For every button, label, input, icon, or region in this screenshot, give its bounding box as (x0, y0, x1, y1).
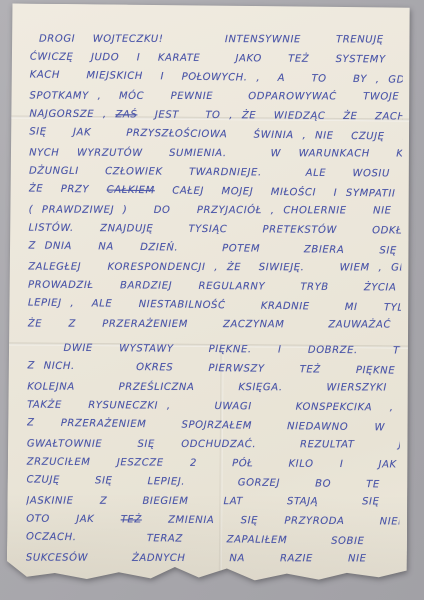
letter-text-segment: zaległej korespondencji , że siwieję. Wi… (28, 262, 401, 274)
letter-text-segment: prowadził bardziej regularny tryb życia … (28, 280, 401, 294)
letter-line: sukcesów żadnych na razie nie odnotowuję… (26, 549, 399, 569)
letter-text-segment: zrzuciłem jeszcze 2 pół kilo i jak pącze… (27, 457, 400, 472)
letter-line: Drogi Wojteczku! Intensywnie trenuję han… (30, 30, 403, 50)
letter-text-segment: że z przerażeniem zaczynam zauważać jego… (28, 319, 401, 331)
letter-text-segment: ćwiczę judo i karate jako też systemy wa… (30, 52, 403, 67)
letter-paper: Drogi Wojteczku! Intensywnie trenuję han… (7, 3, 412, 585)
letter-text-segment: z nich. Okres pierwszy też piękne i wygl… (27, 360, 400, 378)
letter-line: spotkamy , móc pewnie odparowywać twoje … (30, 87, 403, 107)
letter-text-segment: także rysuneczki , uwagi konspekcika , i… (27, 400, 400, 414)
letter-line: gwałtownie się odchudzać. Rezultat jak b… (27, 435, 400, 455)
letter-text-segment: całej mojej miłości i sympatii (155, 185, 396, 199)
letter-text-segment: oczach. Teraz zapaliłem sobie papierosik… (26, 531, 399, 548)
letter-text-segment: czuję się lepiej. Gorzej bo te cholerne (26, 474, 399, 491)
struck-out-word: całkiem (107, 185, 155, 197)
handwritten-letter-text: Drogi Wojteczku! Intensywnie trenuję han… (7, 3, 411, 569)
letter-text-segment: spotkamy , móc pewnie odparowywać twoje … (30, 91, 403, 103)
letter-paper-shadow: Drogi Wojteczku! Intensywnie trenuję han… (0, 0, 424, 600)
letter-text-segment: ( prawdziwej ) do przyjaciół , cholernie… (29, 205, 402, 217)
letter-line: że z przerażeniem zaczynam zauważać jego… (28, 315, 401, 335)
letter-text-segment: się jak przyszłościowa świnia , nie czuj… (29, 126, 402, 144)
letter-text-segment: Drogi Wojteczku! Intensywnie trenuję han… (39, 34, 403, 46)
letter-text-segment: jest to , że wiedząc że zachowuję (137, 109, 402, 122)
letter-text-segment: Dwie wystawy piękne. I dobrze. Tylko kło… (64, 343, 401, 357)
letter-line: kolejna prześliczna księga. Wierszyki tr… (27, 378, 400, 398)
struck-out-word: też (121, 514, 142, 525)
letter-text-segment: jaskinie z biegiem lat stają się ciaśnie… (26, 496, 399, 508)
struck-out-word: zaś (115, 109, 137, 120)
letter-text-segment: gwałtownie się odchudzać. Rezultat jak b… (27, 439, 400, 451)
letter-text-segment: że przy (29, 183, 107, 195)
letter-text-segment: najgorsze , (29, 109, 115, 121)
letter-text-segment: listów. Znajduję tysiąc pretekstów odkła… (28, 223, 401, 237)
letter-text-segment: z dnia na dzień. Potem zbiera się taki o… (28, 240, 401, 258)
letter-text-segment: sukcesów żadnych na razie nie odnotowuję… (26, 553, 399, 565)
letter-line: ( prawdziwej ) do przyjaciół , cholernie… (29, 201, 402, 221)
letter-text-segment: kolejna prześliczna księga. Wierszyki tr… (27, 382, 400, 394)
letter-text-segment: zmienia się przyroda niemalże na naszych (142, 514, 400, 528)
letter-text-segment: nych wyrzutów sumienia. W warunkach kapi… (29, 148, 402, 160)
letter-text-segment: Z przerażeniem spojrzałem niedawno w lus… (27, 417, 400, 435)
letter-text-segment: lepiej , ale niestabilność kradnie mi ty… (28, 297, 401, 314)
letter-line: nych wyrzutów sumienia. W warunkach kapi… (29, 144, 402, 164)
letter-line: jaskinie z biegiem lat stają się ciaśnie… (26, 492, 399, 512)
letter-text-segment: dżungli człowiek twardnieje. Ale Wosiu u… (29, 166, 402, 180)
letter-text-segment: Oto jak (26, 514, 121, 526)
letter-text-segment: kach miejskich i połowych. , a to by , g… (30, 69, 403, 86)
letter-line: zaległej korespondencji , że siwieję. Wi… (28, 258, 401, 278)
